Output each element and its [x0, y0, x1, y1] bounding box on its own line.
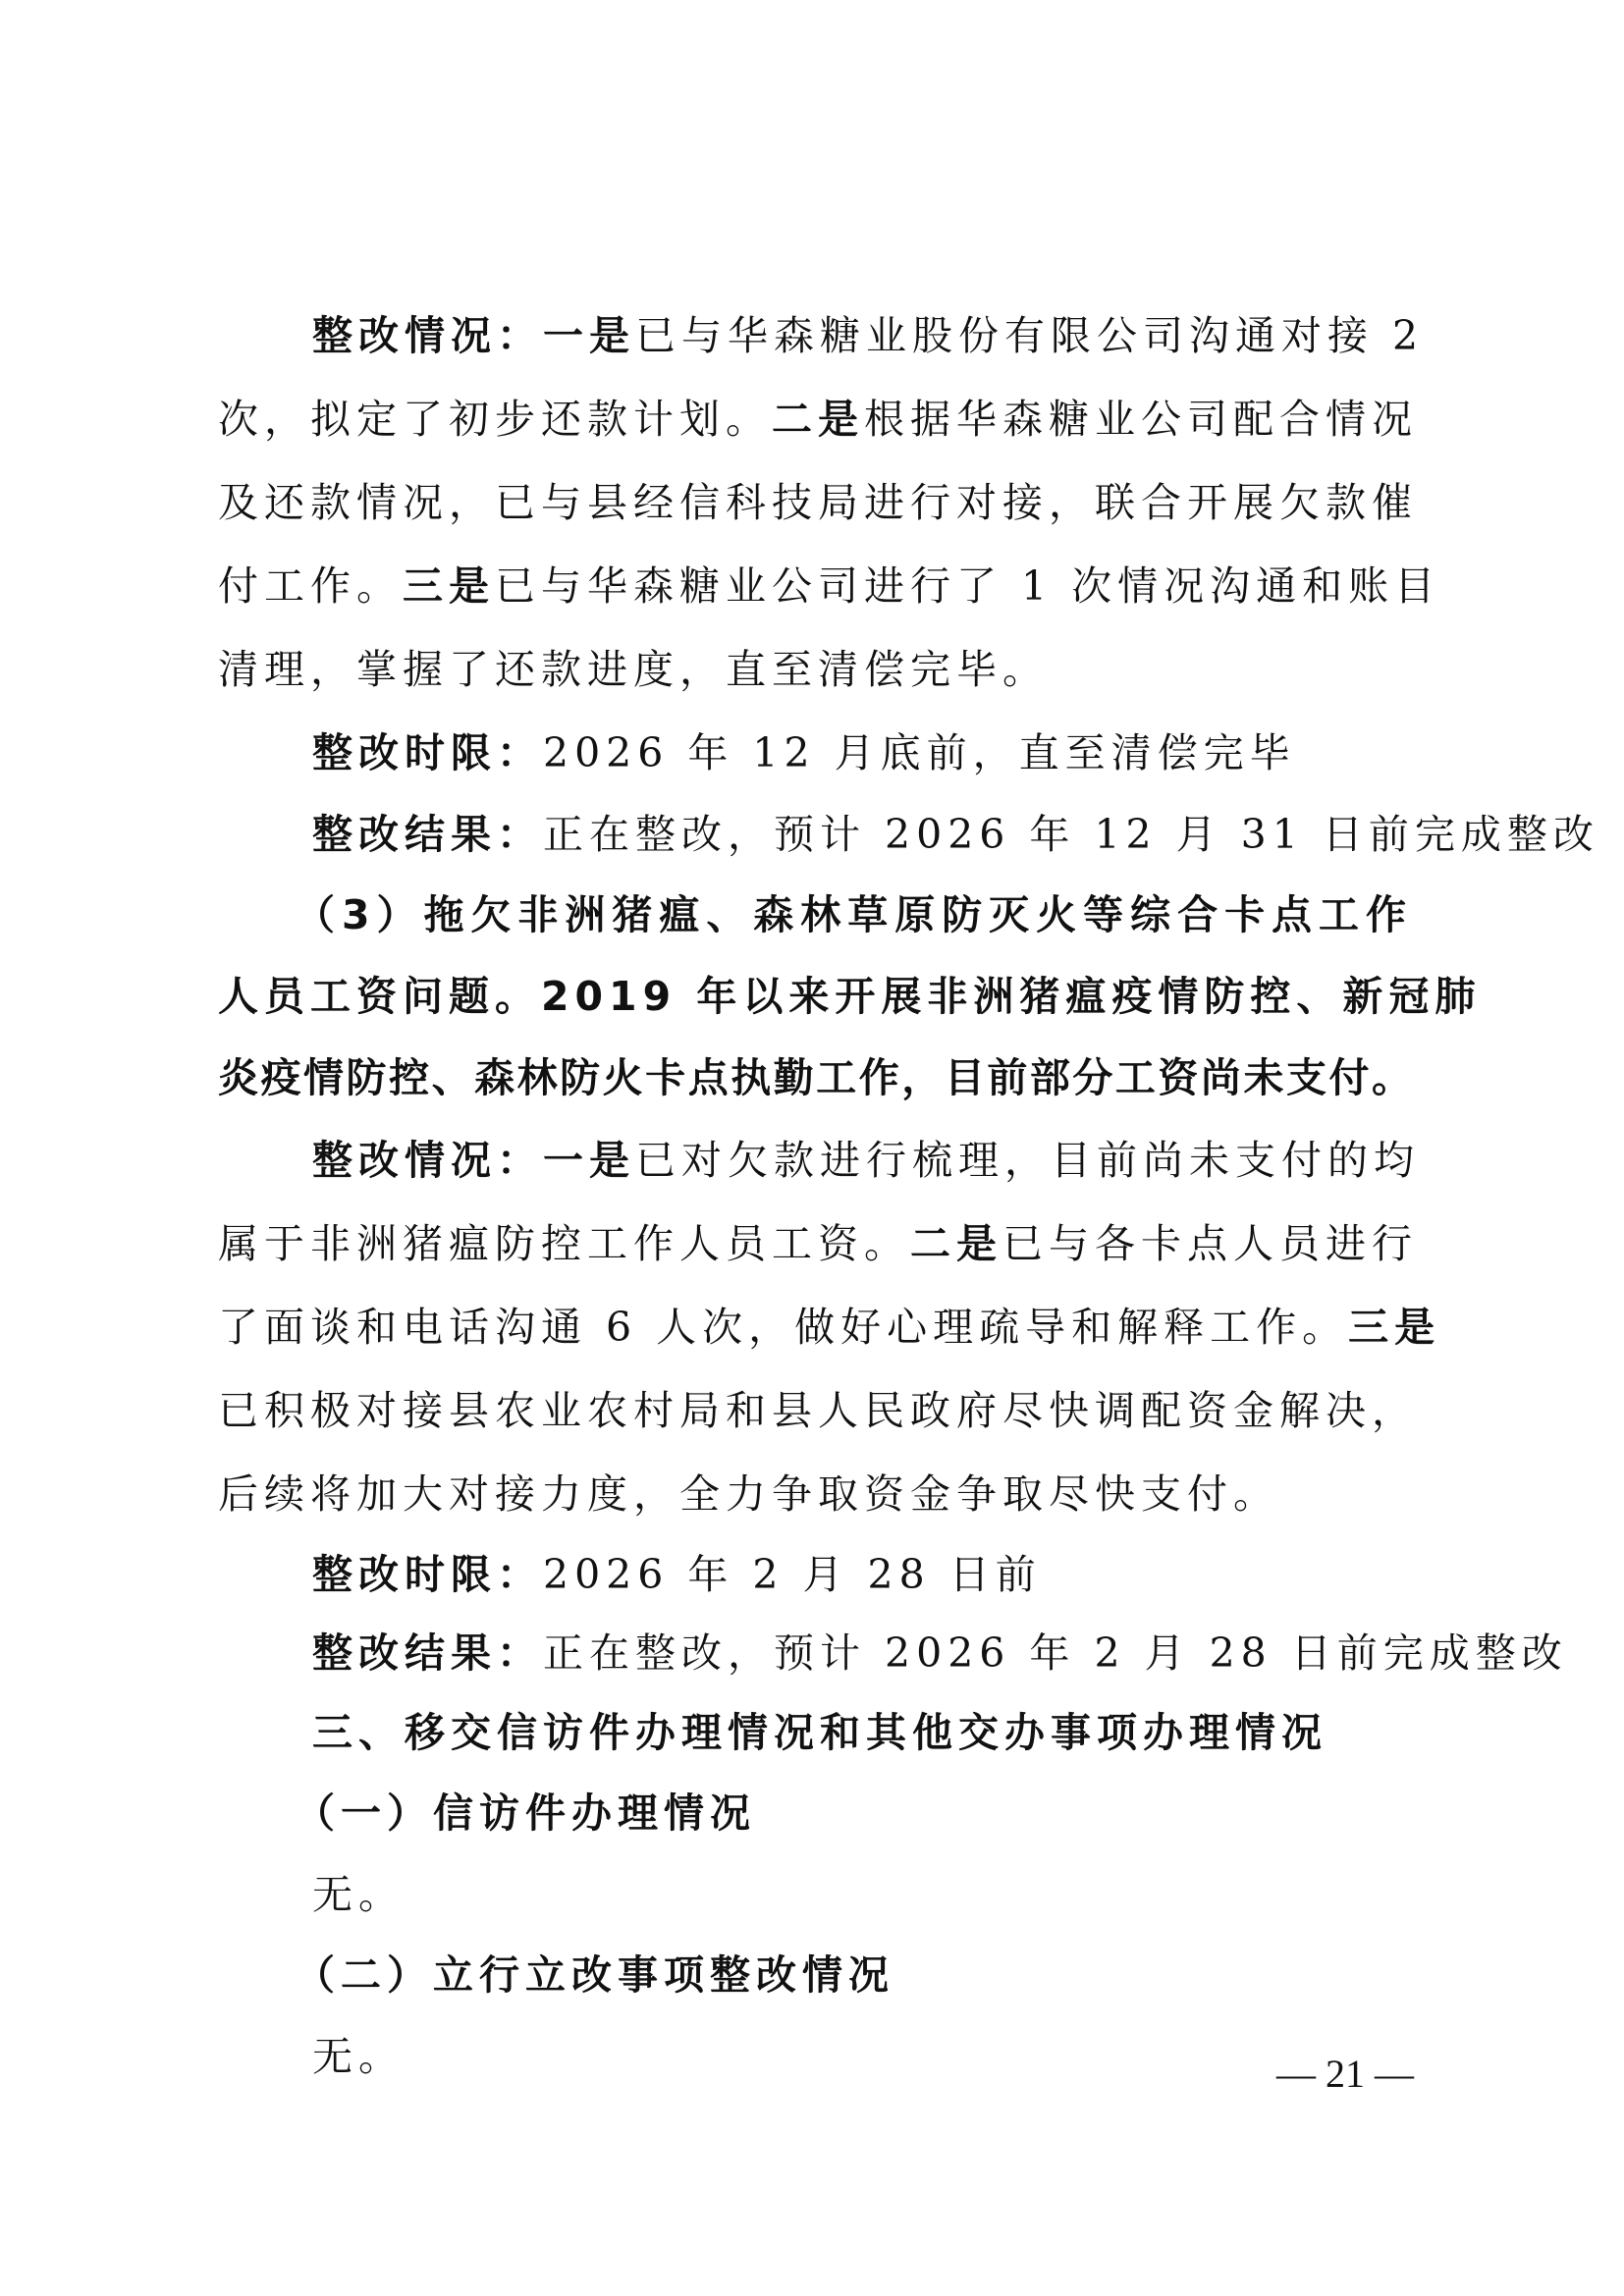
- paragraph-line: 清理，掌握了还款进度，直至清偿完毕。: [218, 638, 1412, 701]
- subsection-heading: （二）立行立改事项整改情况: [295, 1944, 1394, 2006]
- body-text: 清理，掌握了还款进度，直至清偿完毕。: [218, 646, 1049, 693]
- subsection-heading: （一）信访件办理情况: [295, 1782, 1394, 1844]
- body-text: 属于非洲猪瘟防控工作人员工资。: [218, 1220, 910, 1267]
- body-text: 正在整改，预计 2026 年 12 月 31 日前完成整改: [543, 811, 1599, 858]
- paragraph-line: 付工作。三是已与华森糖业公司进行了 1 次情况沟通和账目: [218, 555, 1412, 617]
- heading-text: （3）拖欠非洲猪瘟、森林草原防灭火等综合卡点工作: [295, 891, 1412, 938]
- paragraph-line: 无。: [312, 1863, 1412, 1926]
- body-text: 已与各卡点人员进行: [1002, 1220, 1418, 1267]
- document-page: 整改情况：一是已与华森糖业股份有限公司沟通对接 2 次，拟定了初步还款计划。二是…: [0, 0, 1624, 2296]
- heading-text: 三、移交信访件办理情况和其他交办事项办理情况: [312, 1709, 1327, 1756]
- bold-label: 二是: [910, 1220, 1002, 1267]
- body-text: 已与华森糖业公司进行了 1 次情况沟通和账目: [495, 562, 1440, 610]
- heading-text: 人员工资问题。2019 年以来开展非洲猪瘟疫情防控、新冠肺: [218, 973, 1481, 1020]
- heading-text: （二）立行立改事项整改情况: [295, 1951, 894, 1999]
- bold-label: 整改情况：一是: [312, 1137, 635, 1184]
- body-text: 了面谈和电话沟通 6 人次，做好心理疏导和解释工作。: [218, 1304, 1348, 1351]
- body-text: 后续将加大对接力度，全力争取资金争取尽快支付。: [218, 1470, 1279, 1518]
- paragraph-line: 整改情况：一是已对欠款进行梳理，目前尚未支付的均: [312, 1129, 1412, 1192]
- paragraph-line: 及还款情况，已与县经信科技局进行对接，联合开展欠款催: [218, 471, 1412, 534]
- issue-heading: 炎疫情防控、森林防火卡点执勤工作，目前部分工资尚未支付。: [218, 1046, 1412, 1109]
- paragraph-line: 整改情况：一是已与华森糖业股份有限公司沟通对接 2: [312, 304, 1412, 367]
- bold-label: 整改结果：: [312, 811, 543, 858]
- body-text: 2026 年 2 月 28 日前: [543, 1551, 1042, 1598]
- section-heading: 三、移交信访件办理情况和其他交办事项办理情况: [312, 1701, 1412, 1764]
- bold-label: 整改结果：: [312, 1629, 543, 1677]
- bold-label: 整改情况：一是: [312, 312, 635, 359]
- body-text: 次，拟定了初步还款计划。: [218, 396, 772, 443]
- paragraph-line: 无。: [312, 2025, 1412, 2088]
- page-number: — 21 —: [1267, 2047, 1414, 2102]
- body-text: 已对欠款进行梳理，目前尚未支付的均: [635, 1137, 1420, 1184]
- body-text: 正在整改，预计 2026 年 2 月 28 日前完成整改: [543, 1629, 1568, 1677]
- result-line: 整改结果：正在整改，预计 2026 年 2 月 28 日前完成整改: [312, 1622, 1412, 1684]
- paragraph-line: 次，拟定了初步还款计划。二是根据华森糖业公司配合情况: [218, 388, 1412, 451]
- body-text: 付工作。: [218, 562, 403, 610]
- body-text: 及还款情况，已与县经信科技局进行对接，联合开展欠款催: [218, 479, 1418, 526]
- body-text: 无。: [312, 1871, 405, 1918]
- paragraph-line: 了面谈和电话沟通 6 人次，做好心理疏导和解释工作。三是: [218, 1296, 1412, 1359]
- paragraph-line: 属于非洲猪瘟防控工作人员工资。二是已与各卡点人员进行: [218, 1212, 1412, 1275]
- paragraph-line: 已积极对接县农业农村局和县人民政府尽快调配资金解决，: [218, 1379, 1412, 1442]
- bold-label: 三是: [403, 562, 495, 610]
- body-text: 已与华森糖业股份有限公司沟通对接 2: [635, 312, 1424, 359]
- bold-label: 整改时限：: [312, 1551, 543, 1598]
- bold-label: 整改时限：: [312, 729, 543, 776]
- body-text: 2026 年 12 月底前，直至清偿完毕: [543, 729, 1296, 776]
- bold-label: 二是: [772, 396, 864, 443]
- result-line: 整改结果：正在整改，预计 2026 年 12 月 31 日前完成整改: [312, 803, 1412, 866]
- issue-heading: 人员工资问题。2019 年以来开展非洲猪瘟疫情防控、新冠肺: [218, 965, 1412, 1028]
- body-text: 根据华森糖业公司配合情况: [864, 396, 1418, 443]
- bold-label: 三是: [1348, 1304, 1440, 1351]
- issue-heading: （3）拖欠非洲猪瘟、森林草原防灭火等综合卡点工作: [295, 883, 1412, 946]
- paragraph-line: 后续将加大对接力度，全力争取资金争取尽快支付。: [218, 1463, 1412, 1525]
- body-text: 无。: [312, 2033, 405, 2080]
- heading-text: 炎疫情防控、森林防火卡点执勤工作，目前部分工资尚未支付。: [218, 1054, 1412, 1101]
- deadline-line: 整改时限：2026 年 2 月 28 日前: [312, 1543, 1412, 1606]
- body-text: 已积极对接县农业农村局和县人民政府尽快调配资金解决，: [218, 1387, 1418, 1434]
- heading-text: （一）信访件办理情况: [295, 1789, 756, 1837]
- deadline-line: 整改时限：2026 年 12 月底前，直至清偿完毕: [312, 721, 1412, 784]
